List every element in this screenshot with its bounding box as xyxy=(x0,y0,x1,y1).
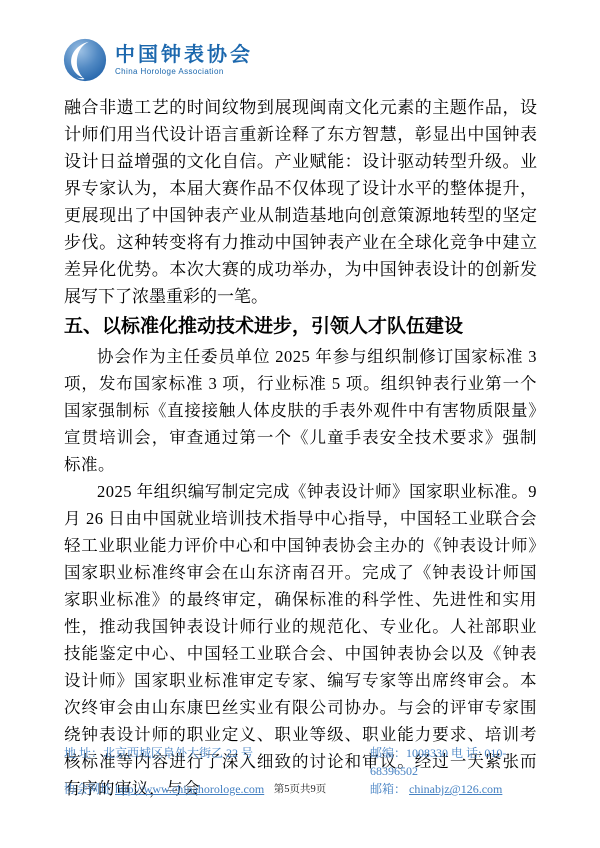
paragraph-competition-summary: 融合非遗工艺的时间纹物到展现闽南文化元素的主题作品，设计师们用当代设计语言重新诠… xyxy=(64,94,537,310)
section-heading-standards: 五、以标准化推动技术进步，引领人才队伍建设 xyxy=(64,312,537,341)
document-body: 融合非遗工艺的时间纹物到展现闽南文化元素的主题作品，设计师们用当代设计语言重新诠… xyxy=(64,94,537,802)
footer-row-1: 地 址：北京西城区阜外大街乙 22 号 邮编：1008330 电 话: 010-… xyxy=(64,744,552,780)
postcode-label: 邮编： xyxy=(370,746,406,760)
document-page: 中国钟表协会 China Horologe Association 融合非遗工艺… xyxy=(0,0,600,848)
globe-swoosh-sphere-icon xyxy=(62,37,108,83)
postcode-value: 1008330 xyxy=(406,746,448,760)
footer-postcode-phone: 邮编：1008330 电 话: 010-68396502 xyxy=(370,744,552,780)
page-number: 第5页共9页 xyxy=(0,781,600,796)
footer-address: 地 址：北京西城区阜外大街乙 22 号 xyxy=(64,744,370,780)
association-logo: 中国钟表协会 China Horologe Association xyxy=(62,37,253,83)
phone-label: 电 话: xyxy=(451,746,481,760)
logo-text: 中国钟表协会 China Horologe Association xyxy=(115,44,253,77)
paragraph-standards-work: 协会作为主任委员单位 2025 年参与组织制修订国家标准 3 项，发布国家标准 … xyxy=(64,343,537,478)
logo-name-en: China Horologe Association xyxy=(115,66,253,77)
logo-name-cn: 中国钟表协会 xyxy=(115,44,253,66)
address-label: 地 址： xyxy=(64,746,103,760)
address-value: 北京西城区阜外大街乙 22 号 xyxy=(103,746,253,760)
